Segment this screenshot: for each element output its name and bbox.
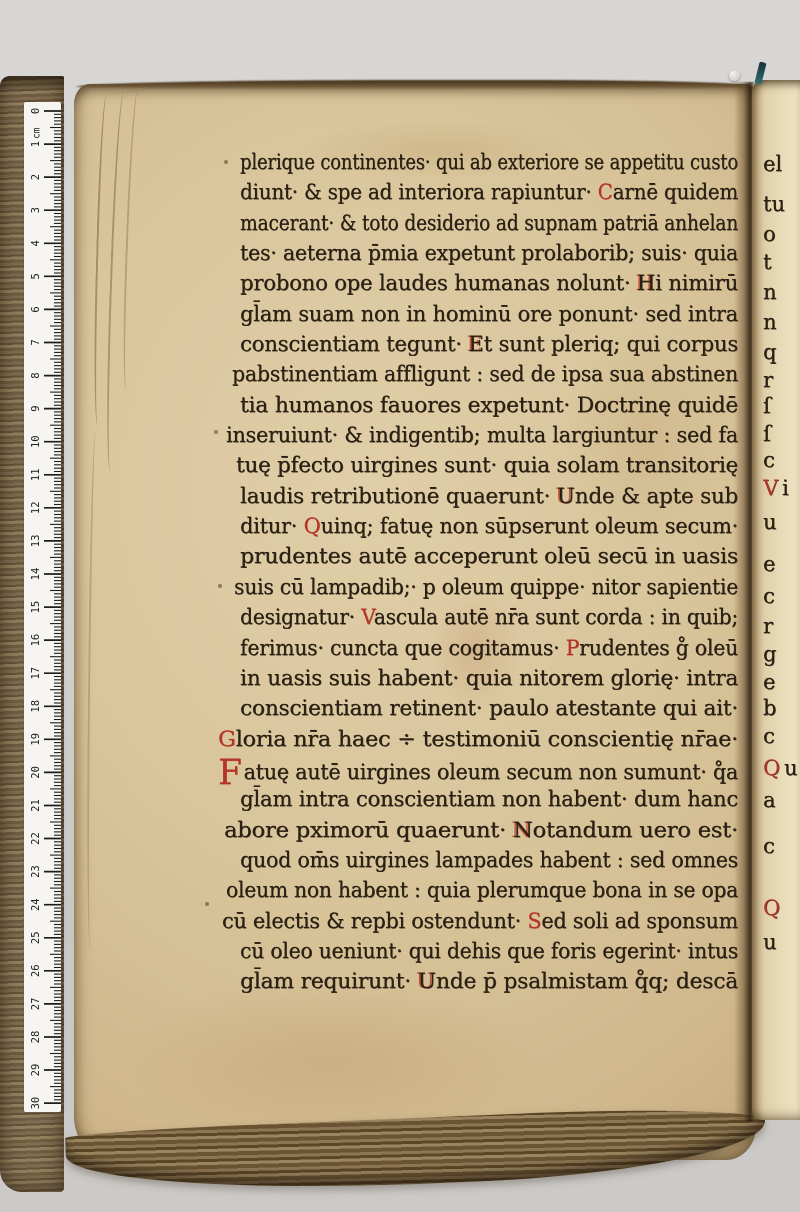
manuscript-line: prudentes autē acceperunt oleū secū in u…	[218, 544, 742, 574]
svg-text:cm: cm	[32, 127, 43, 139]
svg-text:12: 12	[30, 501, 42, 514]
manuscript-line: pabstinentiam affligunt : sed de ipsa su…	[218, 362, 742, 392]
margin-speck	[224, 160, 228, 164]
text-segment: abore pximorū quaerunt·	[224, 818, 513, 842]
svg-text:1: 1	[30, 141, 42, 147]
manuscript-line: plerique continentes· qui ab exteriore s…	[218, 150, 742, 180]
manuscript-line: gl̄am intra conscientiam non habent· dum…	[218, 787, 742, 817]
svg-text:21: 21	[30, 799, 42, 812]
text-segment: macerant· & toto desiderio ad supnam pat…	[240, 211, 738, 235]
svg-text:10: 10	[30, 435, 42, 448]
text-segment: loria nr̄a haec ÷ testimoniū conscientię…	[236, 727, 738, 751]
facing-text-fragment: n	[763, 310, 777, 334]
facing-text-fragment: t	[763, 250, 771, 274]
svg-text:24: 24	[30, 898, 42, 911]
svg-text:29: 29	[30, 1064, 42, 1077]
facing-text-fragment: b	[763, 696, 776, 720]
text-segment: suis cū lampadib;· p oleum quippe· nitor…	[234, 575, 738, 599]
text-segment: nde p̄ psalmistam q̊q; descā	[436, 969, 738, 993]
svg-text:4: 4	[30, 240, 42, 246]
facing-text-fragment: u	[784, 756, 798, 780]
manuscript-line: conscientiam retinent· paulo atestante q…	[218, 696, 742, 726]
facing-text-fragment: o	[763, 222, 776, 246]
svg-text:25: 25	[30, 931, 42, 944]
text-segment: diunt· & spe ad interiora rapiuntur·	[240, 180, 598, 204]
initial-letter: N	[513, 818, 533, 842]
sewing-bead	[729, 70, 740, 81]
initial-letter: V	[361, 605, 374, 629]
text-segment: conscientiam retinent· paulo atestante q…	[240, 696, 738, 720]
facing-text-fragment: e	[763, 670, 775, 694]
facing-text-fragment: g	[763, 642, 776, 666]
initial-letter: Q	[304, 514, 321, 538]
svg-text:20: 20	[30, 766, 42, 779]
manuscript-line: conscientiam tegunt· Et sunt pleriq; qui…	[218, 332, 742, 362]
facing-text-fragment: Q	[763, 756, 780, 780]
svg-text:3: 3	[30, 207, 42, 213]
initial-letter: U	[418, 969, 436, 993]
page-top-edge	[76, 80, 752, 89]
initial-letter: S	[527, 909, 541, 933]
svg-text:0: 0	[30, 108, 42, 114]
text-segment: otandum uero est·	[533, 818, 738, 842]
facing-text-fragment: Q	[763, 896, 780, 920]
text-segment: ed soli ad sponsum	[541, 909, 738, 933]
svg-text:18: 18	[30, 700, 42, 713]
text-segment: tes· aeterna p̄mia expetunt prolaborib; …	[240, 241, 738, 265]
facing-text-fragment: c	[763, 834, 775, 858]
svg-text:9: 9	[30, 405, 42, 411]
text-block: plerique continentes· qui ab exteriore s…	[218, 150, 742, 1000]
svg-text:11: 11	[30, 468, 42, 481]
manuscript-line: tia humanos fauores expetunt· Doctrinę q…	[218, 393, 742, 423]
text-segment: tuę p̄fecto uirgines sunt· quia solam tr…	[236, 453, 738, 477]
facing-text-fragment: ſ	[763, 422, 771, 446]
text-segment: nde & apte sub	[575, 484, 738, 508]
manuscript-line: cū electis & repbi ostendunt· Sed soli a…	[218, 909, 742, 939]
initial-letter: D	[577, 393, 594, 417]
manuscript-line: abore pximorū quaerunt· Notandum uero es…	[218, 818, 742, 848]
text-segment: quod om̄s uirgines lampades habent : sed…	[240, 848, 738, 872]
facing-page-text: eltuotnnqrſſcViuecrgebcQuacQu	[763, 0, 800, 1212]
manuscript-line: Fatuę autē uirgines oleum secum non sumu…	[218, 757, 742, 787]
text-segment: prudentes autē acceperunt oleū secū in u…	[240, 544, 738, 568]
text-segment: ditur·	[240, 514, 304, 538]
initial-letter: U	[557, 484, 575, 508]
svg-text:28: 28	[30, 1031, 42, 1044]
manuscript-line: Gloria nr̄a haec ÷ testimoniū conscienti…	[218, 727, 742, 757]
text-segment: ferimus· cuncta que cogitamus·	[240, 636, 566, 660]
facing-text-fragment: r	[763, 614, 773, 638]
text-segment: i nimirū	[655, 271, 738, 295]
text-segment: oleum non habent : quia plerumque bona i…	[226, 878, 738, 902]
initial-letter: G	[218, 727, 236, 751]
manuscript-line: quod om̄s uirgines lampades habent : sed…	[218, 848, 742, 878]
manuscript-line: ferimus· cuncta que cogitamus· Prudentes…	[218, 636, 742, 666]
manuscript-line: diunt· & spe ad interiora rapiuntur· Car…	[218, 180, 742, 210]
text-segment: gl̄am requirunt·	[240, 969, 418, 993]
manuscript-line: tuę p̄fecto uirgines sunt· quia solam tr…	[218, 453, 742, 483]
margin-speck	[205, 902, 209, 906]
manuscript-line: laudis retributionē quaerunt· Unde & apt…	[218, 484, 742, 514]
manuscript-line: gl̄am suam non in hominū ore ponunt· sed…	[218, 302, 742, 332]
text-segment: rudentes g̊ oleū	[579, 636, 738, 660]
initial-letter: F	[218, 762, 242, 784]
manuscript-line: macerant· & toto desiderio ad supnam pat…	[218, 211, 742, 241]
manuscript-line: ditur· Quinq; fatuę non sūpserunt oleum …	[218, 514, 742, 544]
manuscript-line: oleum non habent : quia plerumque bona i…	[218, 878, 742, 908]
manuscript-line: probono ope laudes humanas nolunt· Hi ni…	[218, 271, 742, 301]
text-segment: uinq; fatuę non sūpserunt oleum secum·	[320, 514, 738, 538]
svg-text:30: 30	[30, 1097, 42, 1110]
svg-text:22: 22	[30, 832, 42, 845]
manuscript-line: cū oleo ueniunt· qui dehis que foris ege…	[218, 939, 742, 969]
svg-text:23: 23	[30, 865, 42, 878]
text-segment: t sunt pleriq; qui corpus	[484, 332, 738, 356]
svg-text:6: 6	[30, 306, 42, 312]
text-segment: plerique continentes· qui ab exteriore s…	[240, 150, 738, 174]
facing-text-fragment: ſ	[763, 394, 771, 418]
initial-letter: E	[468, 332, 483, 356]
facing-text-fragment: c	[763, 584, 775, 608]
manuscript-line: inseruiunt· & indigentib; multa largiunt…	[218, 423, 742, 453]
manuscript-line: in uasis suis habent· quia nitorem glori…	[218, 666, 742, 696]
facing-text-fragment: n	[763, 280, 777, 304]
text-segment: conscientiam tegunt·	[240, 332, 468, 356]
facing-text-fragment: i	[782, 476, 789, 500]
initial-letter: P	[566, 636, 580, 660]
svg-text:13: 13	[30, 535, 42, 548]
facing-text-fragment: c	[763, 448, 775, 472]
svg-text:2: 2	[30, 174, 42, 180]
svg-text:27: 27	[30, 998, 42, 1011]
manuscript-line: designatur· Vascula autē nr̄a sunt corda…	[218, 605, 742, 635]
facing-text-fragment: u	[763, 510, 777, 534]
svg-text:26: 26	[30, 964, 42, 977]
svg-text:14: 14	[30, 568, 42, 581]
facing-text-fragment: a	[763, 788, 776, 812]
text-segment: laudis retributionē quaerunt·	[240, 484, 557, 508]
cm-ruler: 0123456789101112131415161718192021222324…	[24, 102, 66, 1118]
initial-letter: C	[598, 180, 613, 204]
text-segment: ascula autē nr̄a sunt corda : in quib;	[374, 605, 738, 629]
photograph-of-manuscript: 0123456789101112131415161718192021222324…	[0, 0, 800, 1212]
manuscript-line: tes· aeterna p̄mia expetunt prolaborib; …	[218, 241, 742, 271]
text-segment: arnē quidem	[613, 180, 738, 204]
margin-speck	[218, 584, 222, 588]
text-segment: octrinę quidē	[594, 393, 738, 417]
facing-text-fragment: V	[763, 476, 778, 500]
text-segment: cū electis & repbi ostendunt·	[222, 909, 527, 933]
svg-text:8: 8	[30, 372, 42, 378]
facing-text-fragment: e	[763, 552, 775, 576]
manuscript-line: gl̄am requirunt· Unde p̄ psalmistam q̊q;…	[218, 969, 742, 999]
text-segment: tia humanos fauores expetunt·	[240, 393, 577, 417]
facing-text-fragment: tu	[763, 192, 785, 216]
facing-text-fragment: c	[763, 724, 775, 748]
facing-text-fragment: u	[763, 930, 777, 954]
text-segment: in uasis suis habent· quia nitorem glori…	[240, 666, 738, 690]
manuscript-line: suis cū lampadib;· p oleum quippe· nitor…	[218, 575, 742, 605]
svg-text:17: 17	[30, 667, 42, 680]
text-segment: probono ope laudes humanas nolunt·	[240, 271, 637, 295]
svg-text:16: 16	[30, 634, 42, 647]
text-segment: inseruiunt· & indigentib; multa largiunt…	[226, 423, 738, 447]
svg-text:5: 5	[30, 273, 42, 279]
text-segment: gl̄am suam non in hominū ore ponunt· sed…	[240, 302, 738, 326]
facing-text-fragment: q	[763, 340, 776, 364]
facing-text-fragment: r	[763, 368, 773, 392]
svg-text:15: 15	[30, 601, 42, 614]
facing-text-fragment: el	[763, 152, 782, 176]
text-segment: cū oleo ueniunt· qui dehis que foris ege…	[240, 939, 738, 963]
text-segment: pabstinentiam affligunt : sed de ipsa su…	[232, 362, 738, 386]
margin-speck	[214, 430, 218, 434]
svg-text:7: 7	[30, 339, 42, 345]
initial-letter: H	[637, 271, 655, 295]
text-segment: gl̄am intra conscientiam non habent· dum…	[240, 787, 738, 811]
text-segment: atuę autē uirgines oleum secum non sumun…	[244, 760, 738, 784]
svg-text:19: 19	[30, 733, 42, 746]
text-segment: designatur·	[240, 605, 361, 629]
